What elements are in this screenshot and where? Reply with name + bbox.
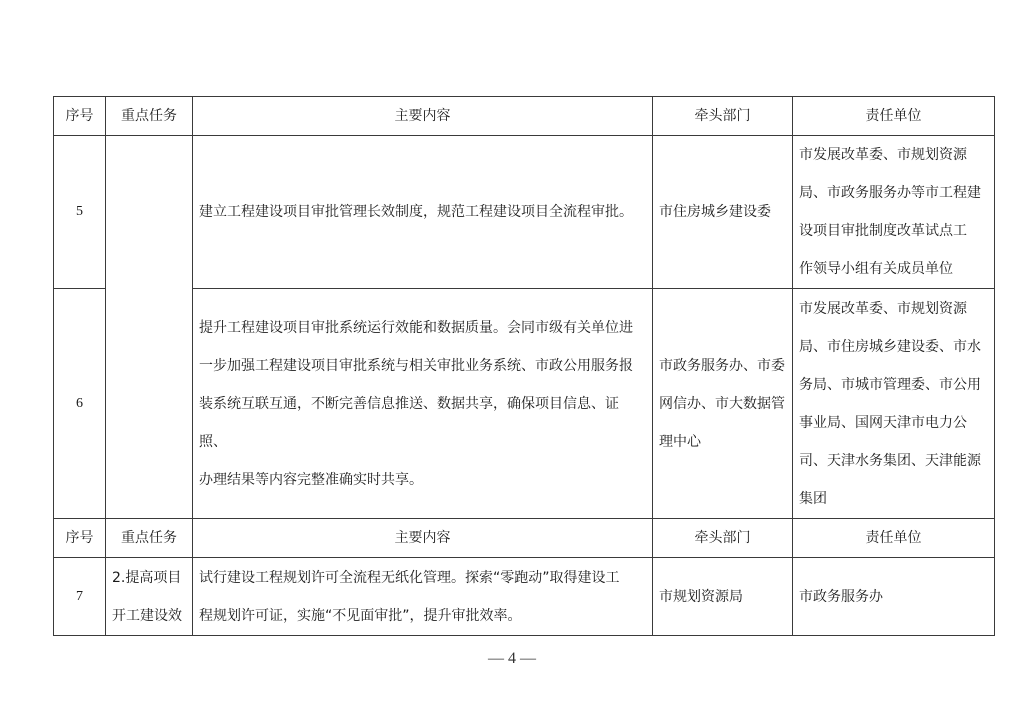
lead-line: 网信办、市大数据管	[659, 385, 786, 423]
resp-line: 务局、市城市管理委、市公用	[799, 366, 988, 404]
header-content: 主要内容	[193, 519, 653, 558]
resp-line: 集团	[799, 480, 988, 518]
row-seq: 7	[54, 558, 106, 636]
row-lead: 市住房城乡建设委	[653, 136, 793, 289]
lead-line: 理中心	[659, 423, 786, 461]
table-row: 5 建立工程建设项目审批管理长效制度，规范工程建设项目全流程审批。 市住房城乡建…	[54, 136, 995, 289]
row-seq: 6	[54, 289, 106, 519]
header-content: 主要内容	[193, 97, 653, 136]
content-line: 一步加强工程建设项目审批系统与相关审批业务系统、市政公用服务报	[199, 347, 646, 385]
content-line: 办理结果等内容完整准确实时共享。	[199, 461, 646, 499]
resp-line: 作领导小组有关成员单位	[799, 250, 988, 288]
header-task: 重点任务	[106, 97, 193, 136]
row-lead: 市政务服务办、市委 网信办、市大数据管 理中心	[653, 289, 793, 519]
resp-line: 设项目审批制度改革试点工	[799, 212, 988, 250]
document-page: 序号 重点任务 主要内容 牵头部门 责任单位 5 建立工程建设项目审批管理长效制…	[0, 0, 1024, 724]
lead-line: 市规划资源局	[659, 578, 786, 616]
content-line: 装系统互联互通，不断完善信息推送、数据共享，确保项目信息、证照、	[199, 385, 646, 461]
table-header-row-repeat: 序号 重点任务 主要内容 牵头部门 责任单位	[54, 519, 995, 558]
row-resp: 市政务服务办	[793, 558, 995, 636]
row-content: 提升工程建设项目审批系统运行效能和数据质量。会同市级有关单位进 一步加强工程建设…	[193, 289, 653, 519]
row-content: 建立工程建设项目审批管理长效制度，规范工程建设项目全流程审批。	[193, 136, 653, 289]
lead-line: 市住房城乡建设委	[659, 193, 786, 231]
row-lead: 市规划资源局	[653, 558, 793, 636]
table-row: 6 提升工程建设项目审批系统运行效能和数据质量。会同市级有关单位进 一步加强工程…	[54, 289, 995, 519]
row-seq: 5	[54, 136, 106, 289]
header-resp: 责任单位	[793, 519, 995, 558]
content-line: 程规划许可证，实施“不见面审批”，提升审批效率。	[199, 597, 646, 635]
task-line: 2.提高项目	[112, 559, 186, 597]
row-task: 2.提高项目 开工建设效	[106, 558, 193, 636]
resp-line: 市发展改革委、市规划资源	[799, 136, 988, 174]
header-task: 重点任务	[106, 519, 193, 558]
resp-line: 市政务服务办	[799, 578, 988, 616]
header-resp: 责任单位	[793, 97, 995, 136]
header-lead: 牵头部门	[653, 519, 793, 558]
resp-line: 局、市住房城乡建设委、市水	[799, 328, 988, 366]
page-number: — 4 —	[0, 650, 1024, 668]
table-header-row: 序号 重点任务 主要内容 牵头部门 责任单位	[54, 97, 995, 136]
resp-line: 司、天津水务集团、天津能源	[799, 442, 988, 480]
header-lead: 牵头部门	[653, 97, 793, 136]
task-table: 序号 重点任务 主要内容 牵头部门 责任单位 5 建立工程建设项目审批管理长效制…	[53, 96, 995, 636]
header-seq: 序号	[54, 97, 106, 136]
row-resp: 市发展改革委、市规划资源 局、市政务服务办等市工程建 设项目审批制度改革试点工 …	[793, 136, 995, 289]
header-seq: 序号	[54, 519, 106, 558]
row-resp: 市发展改革委、市规划资源 局、市住房城乡建设委、市水 务局、市城市管理委、市公用…	[793, 289, 995, 519]
content-line: 试行建设工程规划许可全流程无纸化管理。探索“零跑动”取得建设工	[199, 559, 646, 597]
resp-line: 事业局、国网天津市电力公	[799, 404, 988, 442]
row-task	[106, 136, 193, 519]
task-line: 开工建设效	[112, 597, 186, 635]
content-line: 提升工程建设项目审批系统运行效能和数据质量。会同市级有关单位进	[199, 309, 646, 347]
lead-line: 市政务服务办、市委	[659, 347, 786, 385]
row-content: 试行建设工程规划许可全流程无纸化管理。探索“零跑动”取得建设工 程规划许可证，实…	[193, 558, 653, 636]
resp-line: 局、市政务服务办等市工程建	[799, 174, 988, 212]
resp-line: 市发展改革委、市规划资源	[799, 290, 988, 328]
content-line: 建立工程建设项目审批管理长效制度，规范工程建设项目全流程审批。	[199, 193, 646, 231]
table-row: 7 2.提高项目 开工建设效 试行建设工程规划许可全流程无纸化管理。探索“零跑动…	[54, 558, 995, 636]
